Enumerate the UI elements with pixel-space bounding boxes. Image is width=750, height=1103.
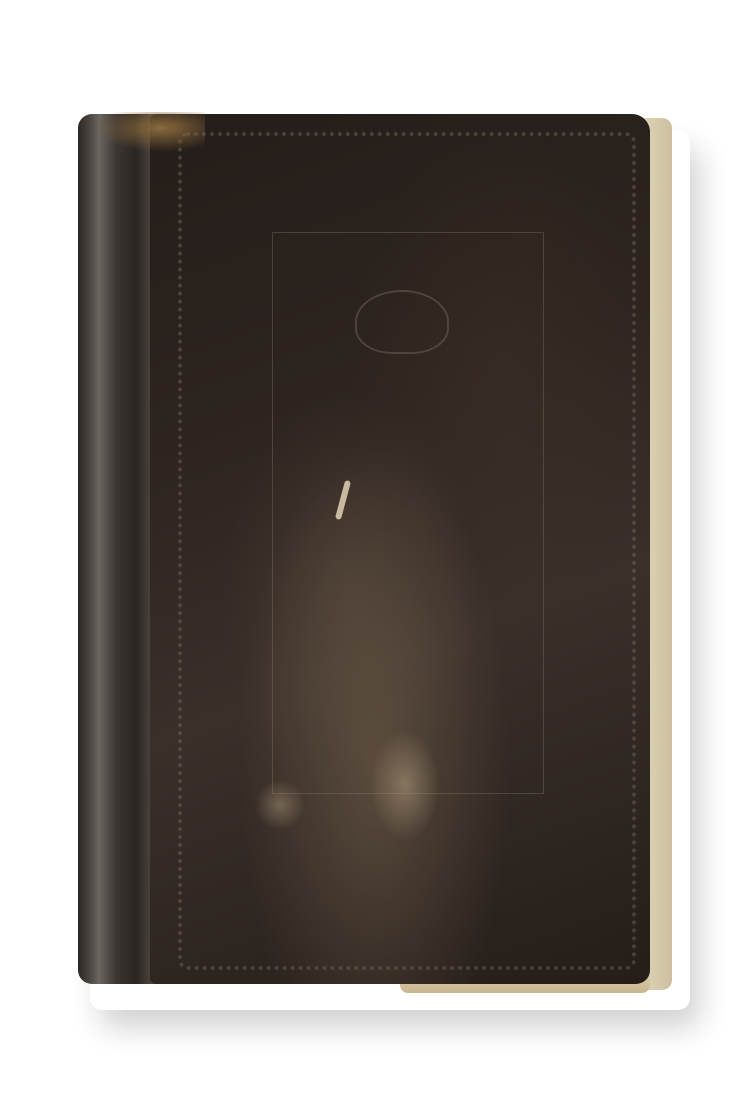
worn-patch (370, 730, 440, 840)
worn-patch (255, 780, 305, 830)
center-ornament (355, 290, 449, 354)
